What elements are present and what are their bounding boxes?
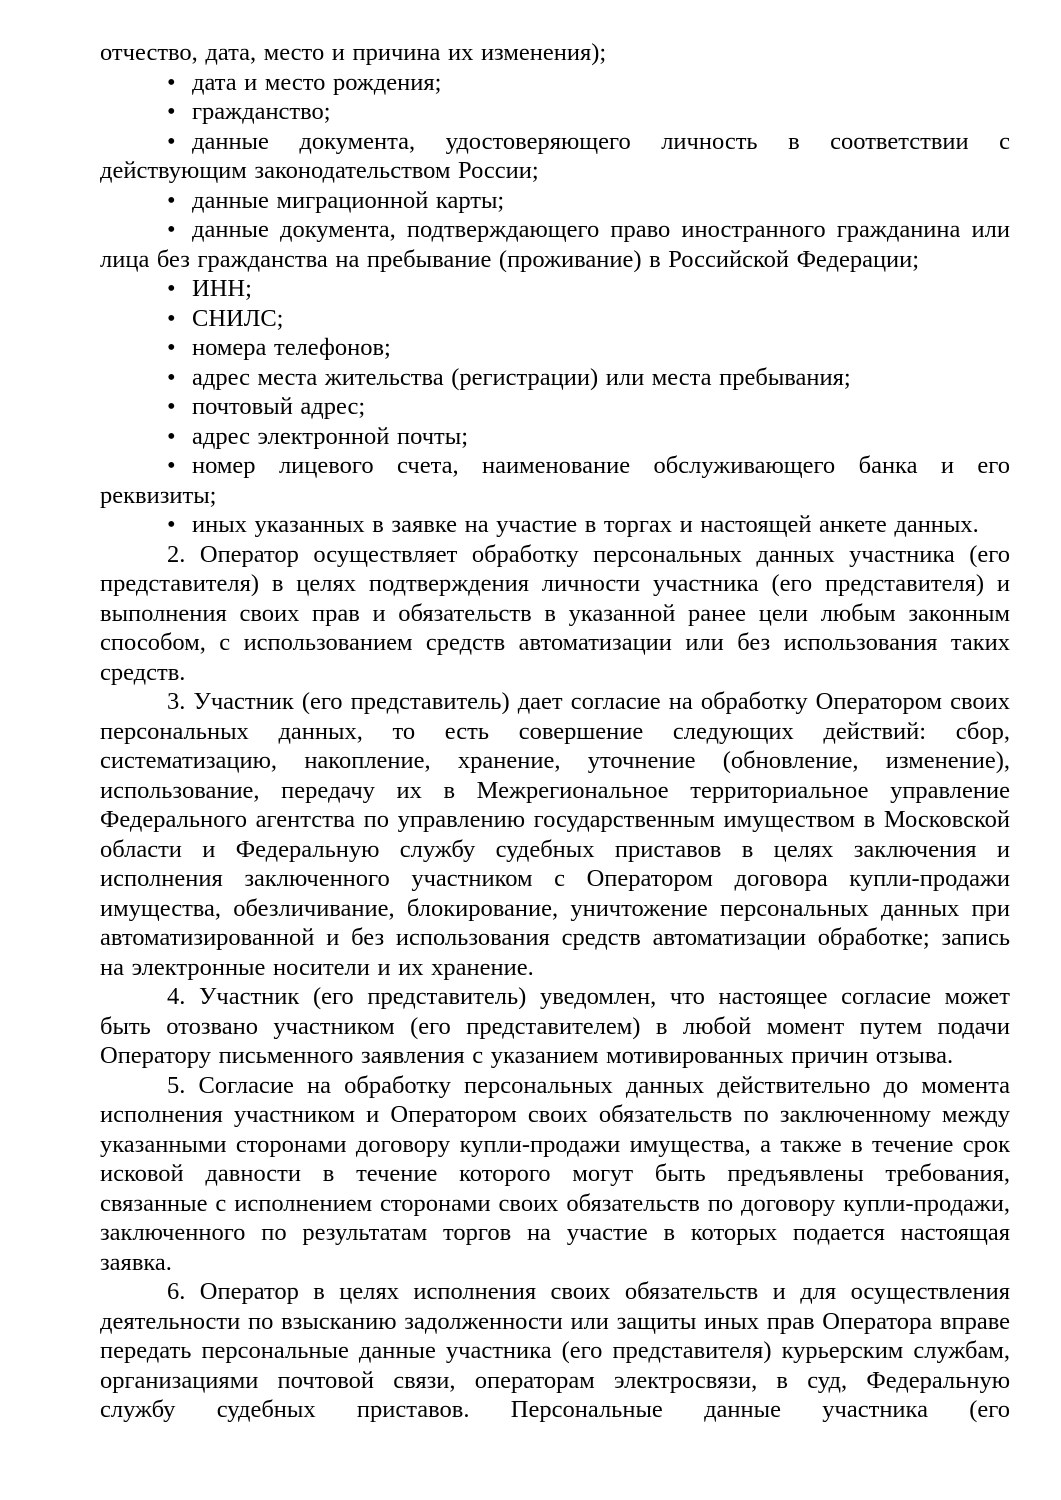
bullet-item-text: данные документа, подтверждающего право … xyxy=(100,216,1010,273)
bullet-item: •данные документа, удостоверяющего лично… xyxy=(100,127,1010,186)
bullet-item: •дата и место рождения; xyxy=(100,68,1010,98)
bullet-icon: • xyxy=(167,68,192,98)
bullet-icon: • xyxy=(167,274,192,304)
paragraph-2: 2. Оператор осуществляет обработку персо… xyxy=(100,540,1010,688)
paragraph-3: 3. Участник (его представитель) дает сог… xyxy=(100,687,1010,982)
bullet-item-text: номер лицевого счета, наименование обслу… xyxy=(100,452,1010,509)
bullet-icon: • xyxy=(167,451,192,481)
bullet-icon: • xyxy=(167,215,192,245)
document-page: отчество, дата, место и причина их измен… xyxy=(0,0,1061,1500)
bullet-item: •данные документа, подтверждающего право… xyxy=(100,215,1010,274)
bullet-item-text: номера телефонов; xyxy=(192,334,391,361)
bullet-icon: • xyxy=(167,422,192,452)
bullet-item: •ИНН; xyxy=(100,274,1010,304)
bullet-icon: • xyxy=(167,186,192,216)
bullet-item: •гражданство; xyxy=(100,97,1010,127)
bullet-item-text: адрес электронной почты; xyxy=(192,423,468,450)
bullet-icon: • xyxy=(167,97,192,127)
continuation-text: отчество, дата, место и причина их измен… xyxy=(100,38,1010,68)
paragraph-4: 4. Участник (его представитель) уведомле… xyxy=(100,982,1010,1071)
bullet-item-text: данные миграционной карты; xyxy=(192,187,504,214)
bullet-item-text: гражданство; xyxy=(192,98,331,125)
bullet-icon: • xyxy=(167,127,192,157)
bullet-icon: • xyxy=(167,392,192,422)
bullet-item: •номер лицевого счета, наименование обсл… xyxy=(100,451,1010,510)
bullet-item-text: данные документа, удостоверяющего личнос… xyxy=(100,128,1010,185)
bullet-item: •иных указанных в заявке на участие в то… xyxy=(100,510,1010,540)
bullet-item-text: СНИЛС; xyxy=(192,305,284,332)
bullet-item: •номера телефонов; xyxy=(100,333,1010,363)
bullet-item: •СНИЛС; xyxy=(100,304,1010,334)
bullet-item: •почтовый адрес; xyxy=(100,392,1010,422)
bullet-item-text: иных указанных в заявке на участие в тор… xyxy=(192,511,979,538)
paragraph-5: 5. Согласие на обработку персональных да… xyxy=(100,1071,1010,1278)
bullet-icon: • xyxy=(167,363,192,393)
bullet-item: •адрес места жительства (регистрации) ил… xyxy=(100,363,1010,393)
bullet-icon: • xyxy=(167,510,192,540)
bullet-item: •данные миграционной карты; xyxy=(100,186,1010,216)
bullet-item: •адрес электронной почты; xyxy=(100,422,1010,452)
bullet-icon: • xyxy=(167,333,192,363)
bullet-item-text: адрес места жительства (регистрации) или… xyxy=(192,364,851,391)
paragraph-6: 6. Оператор в целях исполнения своих обя… xyxy=(100,1277,1010,1425)
bullet-item-text: дата и место рождения; xyxy=(192,69,441,96)
bullet-icon: • xyxy=(167,304,192,334)
bullet-item-text: почтовый адрес; xyxy=(192,393,365,420)
bullet-item-text: ИНН; xyxy=(192,275,252,302)
